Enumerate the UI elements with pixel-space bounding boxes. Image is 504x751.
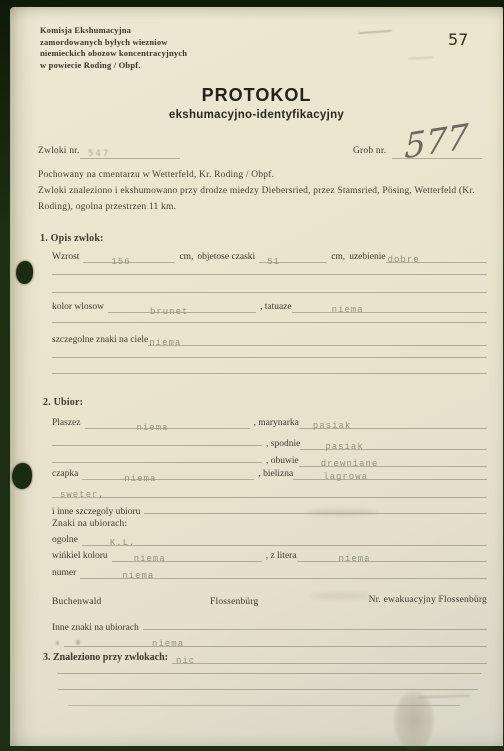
obuwie-label: , obuwie [266, 456, 299, 466]
numer-label: numer [52, 568, 76, 578]
znaleziono-value: nic [176, 656, 195, 666]
marynarka-value: pasiak [313, 421, 351, 431]
camp-buchenwald-label: Buchenwald [52, 597, 102, 607]
camp-flossenburg-label: Flossenbürg [210, 597, 258, 607]
inne-znaki-label: Inne znaki na ubiorach [52, 623, 139, 633]
buried-location-line: Pochowany na cmentarzu w Wetterfeld, Kr.… [38, 170, 274, 180]
wzrost-underline: 156 [83, 252, 175, 263]
obuwie-value: drewniane [321, 459, 379, 469]
form-title: PROTOKOL [10, 85, 503, 106]
row-ogolne: ogolne K.L. [52, 535, 487, 546]
hole-punch-bottom [12, 463, 32, 489]
org-line-3: niemieckich obozow koncentracyjnych [40, 48, 187, 60]
czaszka-label: objetose czaski [197, 252, 255, 262]
uzebienie-underline: dobre [386, 252, 487, 263]
row-czapka-bielizna: czapka niema , bielizna lagrowa [52, 469, 487, 480]
z-litera-label: , z litera [266, 551, 297, 561]
row-znaleziono: 3. Znaleziono przy zwlokach: nic [43, 652, 487, 664]
row-wzrost: Wzrost 156 cm, objetose czaski 51 cm, uz… [52, 252, 487, 263]
czapka-value: niema [124, 474, 156, 484]
pencil-scribble-top [358, 30, 392, 34]
grob-nr-label: Grob nr. [353, 146, 386, 156]
marynarka-underline: pasiak [299, 418, 487, 429]
section-1-heading: 1. Opis zwlok: [40, 233, 104, 244]
row-obuwie: , obuwie drewniane [52, 452, 487, 467]
znaleziono-underline: nic [172, 653, 487, 664]
sweter-value: sweter, [60, 490, 105, 500]
plaszcz-label: Plaszez [52, 418, 81, 428]
wzrost-unit: cm, [179, 252, 193, 262]
znaki-na-ubiorach-heading: Znaki na ubiorach: [52, 519, 127, 529]
uzebienie-label: uzebienie [349, 252, 385, 262]
row-inne-szczegoly: i inne szczegoly ubioru [52, 503, 487, 517]
z-litera-underline: niema [297, 551, 487, 562]
ogolne-underline: K.L. [82, 535, 487, 546]
marynarka-label: , marynarka [254, 418, 299, 428]
row-winkiel: wińkiel koloru niema , z litera niema [52, 551, 487, 562]
bielizna-label: , bielizna [258, 469, 293, 479]
spodnie-label: , spodnie [266, 439, 300, 449]
pencil-scribble-top-2 [408, 56, 434, 59]
numer-value: niema [122, 571, 154, 581]
row-numer: numer niema [52, 568, 487, 579]
row-plaszcz-marynarka: Plaszez niema , marynarka pasiak [52, 418, 487, 429]
inne-szczegoly-label: i inne szczegoly ubioru [52, 507, 140, 517]
form-subtitle: ekshumacyjno-identyfikacyjny [10, 109, 503, 121]
z-litera-value: niema [339, 554, 371, 564]
spodnie-value: pasiak [325, 442, 363, 452]
sweter-underline: sweter, [52, 487, 487, 498]
czapka-underline: niema [82, 469, 254, 480]
winkiel-label: wińkiel koloru [52, 551, 108, 561]
zwloki-nr-label: Zwloki nr. [38, 146, 80, 156]
ogolne-label: ogolne [52, 535, 78, 545]
czaszka-unit: cm, [331, 252, 345, 262]
found-location-line-2: Roding), ogolna przestrzen 11 km. [38, 202, 176, 212]
org-line-4: w powiecie Roding / Obpf. [40, 60, 187, 72]
wzrost-label: Wzrost [52, 252, 79, 262]
fingerprint-smudge [393, 690, 435, 751]
plaszcz-value: niema [137, 423, 169, 433]
hole-punch-top [16, 261, 33, 284]
tatuaze-label: , tatuaze [260, 302, 292, 312]
tatuaze-underline: niema [292, 302, 487, 313]
numer-underline: niema [80, 568, 487, 579]
paper-sheet: Komisja Ekshumacyjna zamordowanych bylyc… [10, 7, 503, 746]
obuwie-underline: drewniane [299, 456, 487, 467]
ruled-line [52, 373, 487, 374]
tatuaze-value: niema [332, 305, 364, 315]
scanned-protocol-page: { "colors": { "paper": "#e9e4cc", "borde… [0, 0, 504, 751]
kolor-wlosow-label: kolor wlosow [52, 302, 104, 312]
czaszka-value: 51 [267, 257, 280, 267]
kolor-wlosow-underline: brunet [108, 302, 256, 313]
znaki-na-ciele-label: szczegolne znaki na ciele [52, 335, 148, 345]
issuing-commission-block: Komisja Ekshumacyjna zamordowanych bylyc… [40, 25, 187, 71]
inne-znaki-value: niema [152, 639, 184, 649]
bielizna-underline: lagrowa [293, 469, 487, 480]
found-location-line-1: Zwloki znaleziono i ekshumowano przy dro… [38, 186, 475, 196]
row-sweter: sweter, [52, 487, 487, 498]
faint-stamp-ghost [310, 593, 370, 599]
czaszka-underline: 51 [259, 252, 327, 263]
inne-znaki-underline [143, 619, 487, 630]
znaki-na-ciele-value: niema [149, 338, 181, 348]
page-number: 57 [448, 30, 468, 49]
plaszcz-underline: niema [85, 418, 250, 429]
section-2-heading: 2. Ubior: [43, 397, 83, 408]
row-kolor-wlosow: kolor wlosow brunet , tatuaze niema [52, 302, 487, 313]
ruled-line [52, 292, 487, 293]
zwloki-nr-value: 547 [88, 149, 110, 159]
czapka-label: czapka [52, 469, 78, 479]
znaki-na-ciele-underline: niema [148, 335, 487, 346]
wzrost-value: 156 [111, 257, 130, 267]
ruled-line [52, 274, 487, 275]
inne-znaki-value-underline: niema [64, 636, 487, 647]
row-inne-znaki-value: niema [52, 636, 487, 647]
section-3-heading: 3. Znaleziono przy zwlokach: [43, 652, 168, 663]
row-inne-znaki: Inne znaki na ubiorach [52, 619, 487, 633]
ruled-line [52, 322, 487, 323]
org-line-1: Komisja Ekshumacyjna [40, 25, 187, 37]
ogolne-value: K.L. [110, 538, 136, 548]
left-continuation-line [52, 452, 262, 463]
uzebienie-value: dobre [388, 255, 420, 265]
winkiel-underline: niema [112, 551, 262, 562]
spodnie-underline: pasiak [300, 439, 487, 450]
bielizna-value: lagrowa [323, 472, 368, 482]
left-continuation-line [52, 435, 262, 446]
faint-stamp-ghost [306, 509, 378, 516]
org-line-2: zamordowanych bylych wiezniow [40, 37, 187, 49]
ruled-line [57, 673, 481, 674]
grob-nr-value: 577 [404, 117, 469, 168]
winkiel-value: niema [134, 554, 166, 564]
ruled-line [52, 357, 487, 358]
row-znaki-na-ciele: szczegolne znaki na ciele niema [52, 335, 487, 346]
camp-nr-ewakuacyjny-label: Nr. ewakuacyjny Flossenbürg [369, 595, 487, 605]
row-spodnie: , spodnie pasiak [52, 435, 487, 450]
kolor-wlosow-value: brunet [150, 307, 188, 317]
